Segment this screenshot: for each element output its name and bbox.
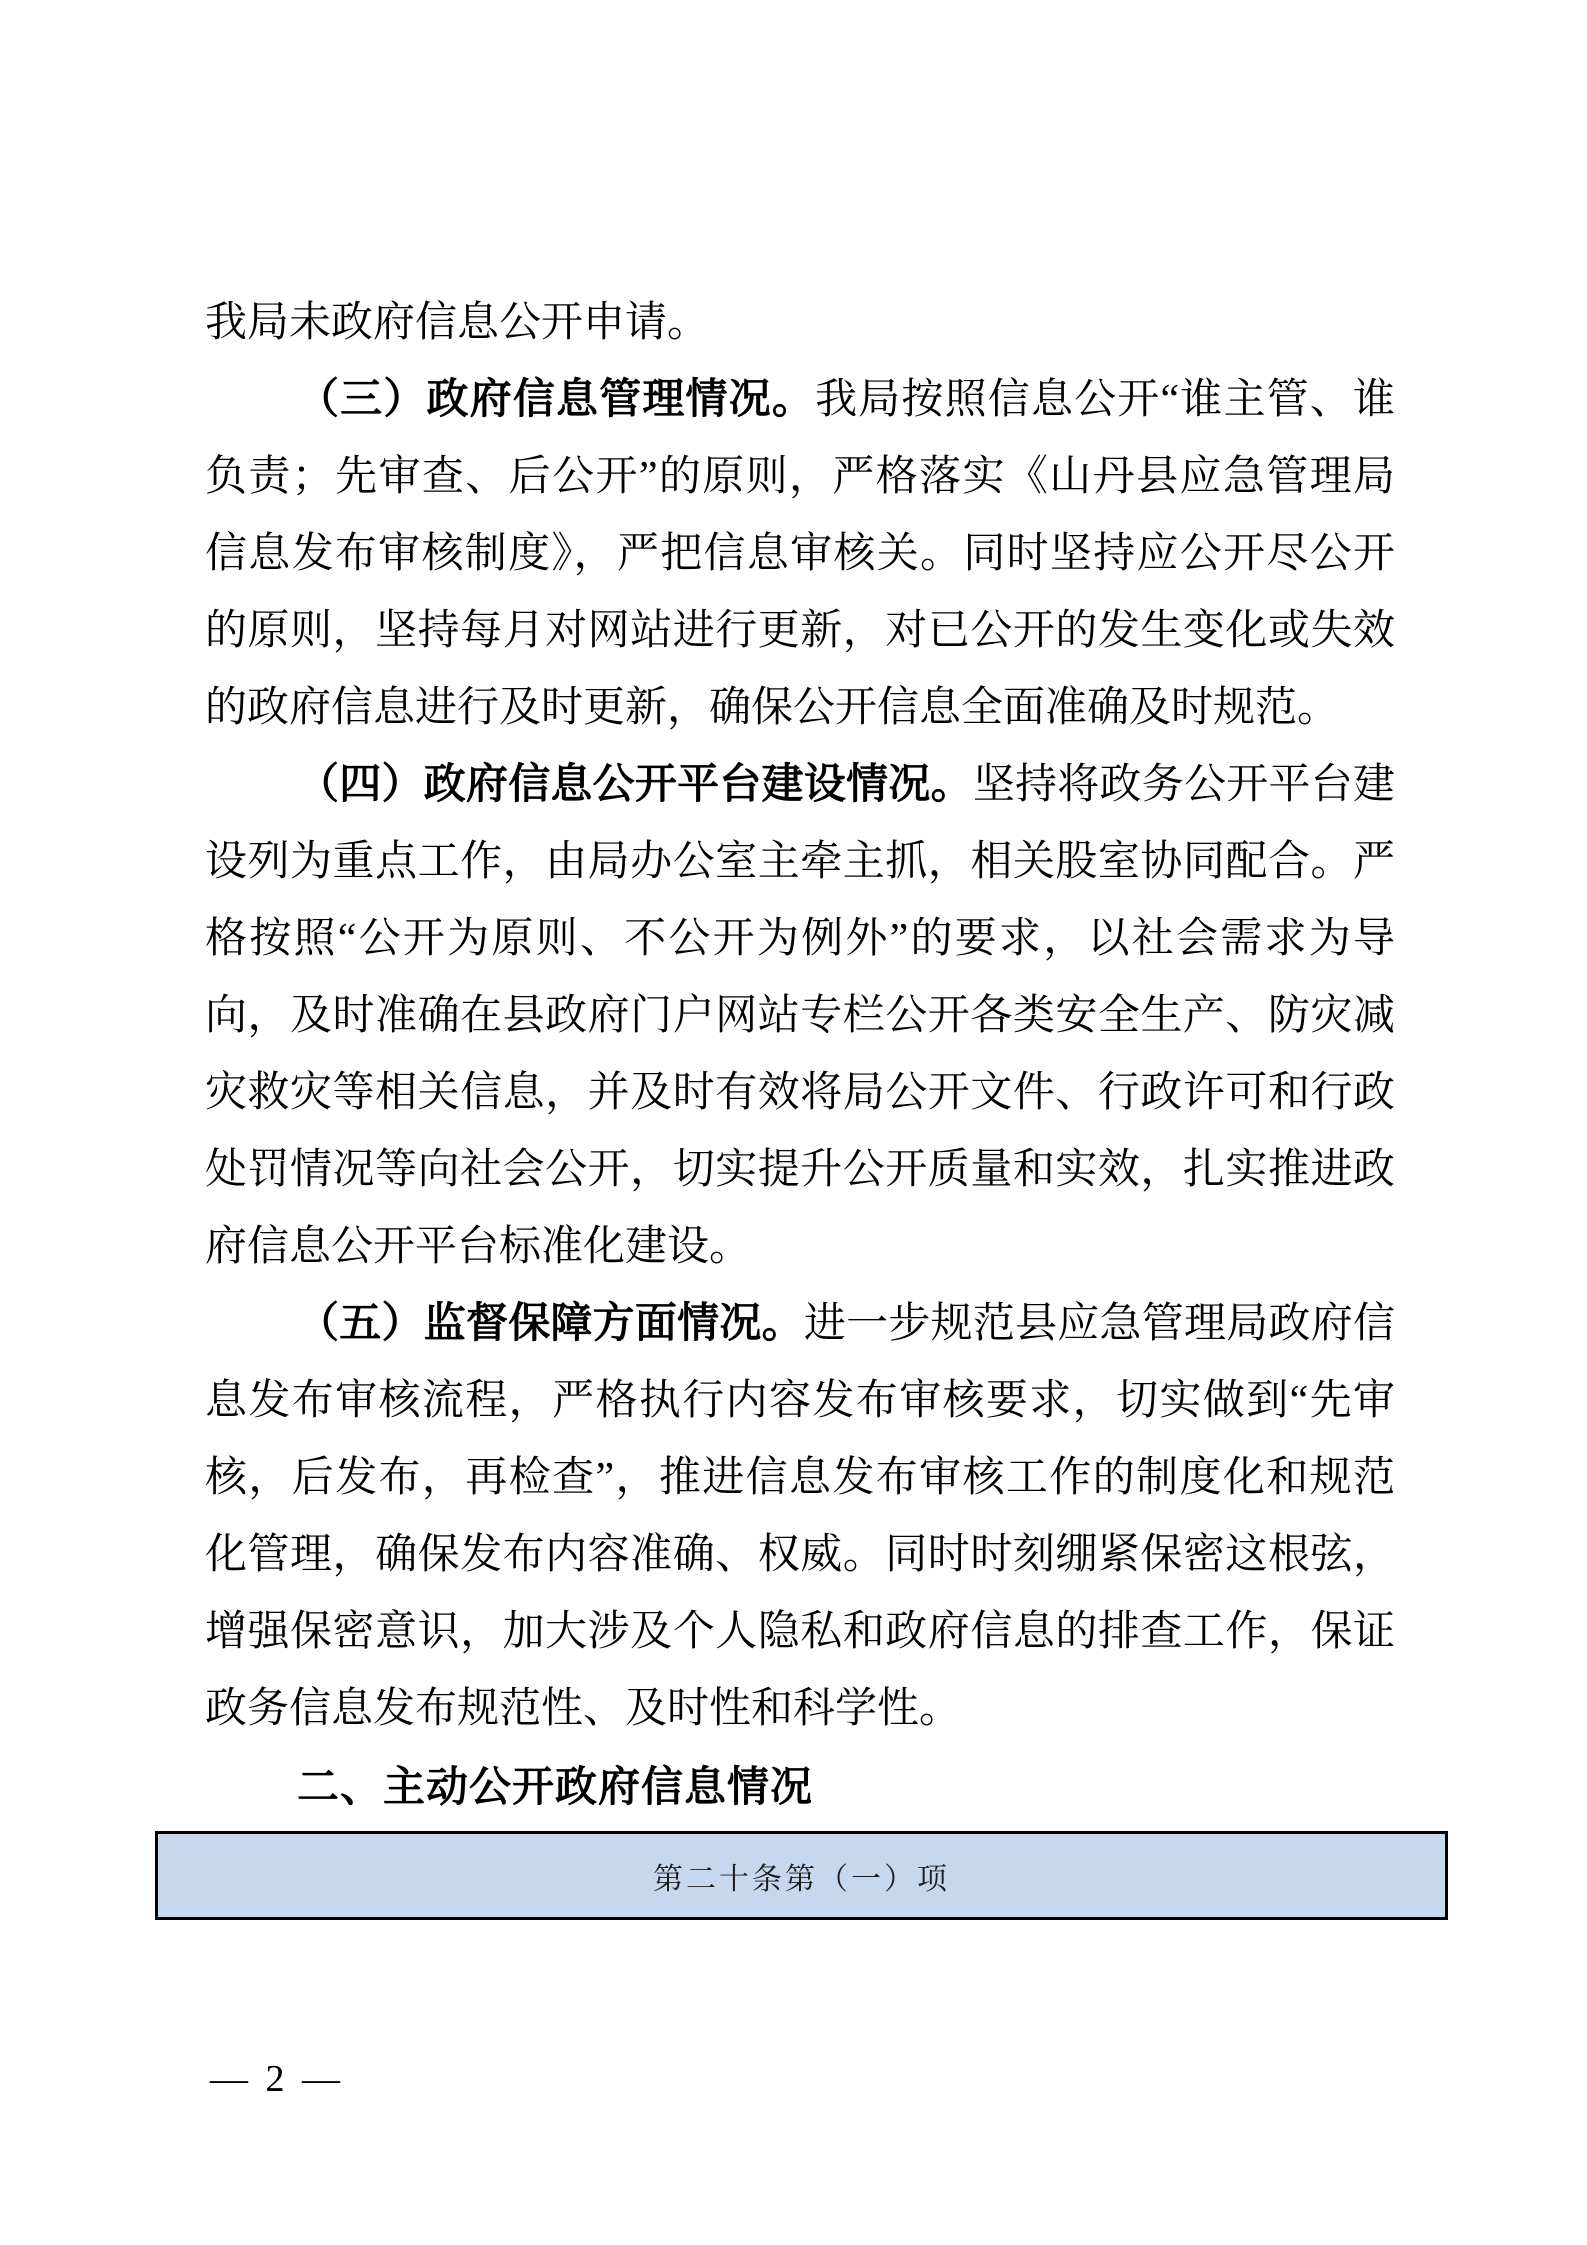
body-line: （四）政府信息公开平台建设情况。坚持将政务公开平台建 [205, 747, 1395, 824]
document-body: 我局未政府信息公开申请。（三）政府信息管理情况。我局按照信息公开“谁主管、谁负责… [205, 285, 1395, 1825]
text-segment: 进一步规范县应急管理局政府信 [804, 1301, 1395, 1347]
text-segment: 我局按照信息公开“谁主管、谁 [815, 377, 1395, 423]
text-segment: （四）政府信息公开平台建设情况。 [297, 762, 973, 808]
body-line: 增强保密意识，加大涉及个人隐私和政府信息的排查工作，保证 [205, 1594, 1395, 1671]
table-header-label: 第二十条第（一）项 [653, 1854, 950, 1898]
text-segment: 我局未政府信息公开申请。 [205, 300, 709, 346]
text-segment: 坚持将政务公开平台建 [973, 762, 1395, 808]
body-line: 向，及时准确在县政府门户网站专栏公开各类安全生产、防灾减 [205, 978, 1395, 1055]
body-line: 设列为重点工作，由局办公室主牵主抓，相关股室协同配合。严 [205, 824, 1395, 901]
body-line: 息发布审核流程，严格执行内容发布审核要求，切实做到“先审 [205, 1363, 1395, 1440]
text-segment: （三）政府信息管理情况。 [297, 377, 815, 423]
body-line: 化管理，确保发布内容准确、权威。同时时刻绷紧保密这根弦， [205, 1517, 1395, 1594]
text-segment: （五）监督保障方面情况。 [297, 1301, 804, 1347]
document-page: 我局未政府信息公开申请。（三）政府信息管理情况。我局按照信息公开“谁主管、谁负责… [0, 0, 1587, 2245]
body-line: 灾救灾等相关信息，并及时有效将局公开文件、行政许可和行政 [205, 1055, 1395, 1132]
body-line: 核，后发布，再检查”，推进信息发布审核工作的制度化和规范 [205, 1440, 1395, 1517]
text-segment: 化管理，确保发布内容准确、权威。同时时刻绷紧保密这根弦， [205, 1532, 1395, 1578]
body-line: 府信息公开平台标准化建设。 [205, 1209, 1395, 1286]
text-segment: 处罚情况等向社会公开，切实提升公开质量和实效，扎实推进政 [205, 1147, 1395, 1193]
text-segment: 负责；先审查、后公开”的原则，严格落实《山丹县应急管理局 [205, 454, 1395, 500]
body-line: 信息发布审核制度》，严把信息审核关。同时坚持应公开尽公开 [205, 516, 1395, 593]
body-line: 的原则，坚持每月对网站进行更新，对已公开的发生变化或失效 [205, 593, 1395, 670]
text-segment: 政务信息发布规范性、及时性和科学性。 [205, 1686, 961, 1732]
text-segment: 灾救灾等相关信息，并及时有效将局公开文件、行政许可和行政 [205, 1070, 1395, 1116]
body-line: （三）政府信息管理情况。我局按照信息公开“谁主管、谁 [205, 362, 1395, 439]
text-segment: 格按照“公开为原则、不公开为例外”的要求，以社会需求为导 [205, 916, 1395, 962]
text-segment: 信息发布审核制度》，严把信息审核关。同时坚持应公开尽公开 [205, 531, 1395, 577]
text-segment: 增强保密意识，加大涉及个人隐私和政府信息的排查工作，保证 [205, 1609, 1395, 1655]
text-segment: 的原则，坚持每月对网站进行更新，对已公开的发生变化或失效 [205, 608, 1395, 654]
table-header-row: 第二十条第（一）项 [155, 1831, 1448, 1920]
page-number: — 2 — [210, 2056, 344, 2102]
text-segment: 息发布审核流程，严格执行内容发布审核要求，切实做到“先审 [205, 1378, 1395, 1424]
text-segment: 核，后发布，再检查”，推进信息发布审核工作的制度化和规范 [205, 1455, 1395, 1501]
text-segment: 设列为重点工作，由局办公室主牵主抓，相关股室协同配合。严 [205, 839, 1395, 885]
body-line: 负责；先审查、后公开”的原则，严格落实《山丹县应急管理局 [205, 439, 1395, 516]
text-segment: 向，及时准确在县政府门户网站专栏公开各类安全生产、防灾减 [205, 993, 1395, 1039]
body-line: 的政府信息进行及时更新，确保公开信息全面准确及时规范。 [205, 670, 1395, 747]
text-segment: 的政府信息进行及时更新，确保公开信息全面准确及时规范。 [205, 685, 1339, 731]
body-line: 处罚情况等向社会公开，切实提升公开质量和实效，扎实推进政 [205, 1132, 1395, 1209]
text-segment: 二、主动公开政府信息情况 [297, 1763, 813, 1810]
section-heading: 二、主动公开政府信息情况 [205, 1748, 1395, 1825]
body-line: 政务信息发布规范性、及时性和科学性。 [205, 1671, 1395, 1748]
body-line: （五）监督保障方面情况。进一步规范县应急管理局政府信 [205, 1286, 1395, 1363]
text-segment: 府信息公开平台标准化建设。 [205, 1224, 751, 1270]
body-line: 格按照“公开为原则、不公开为例外”的要求，以社会需求为导 [205, 901, 1395, 978]
body-line: 我局未政府信息公开申请。 [205, 285, 1395, 362]
